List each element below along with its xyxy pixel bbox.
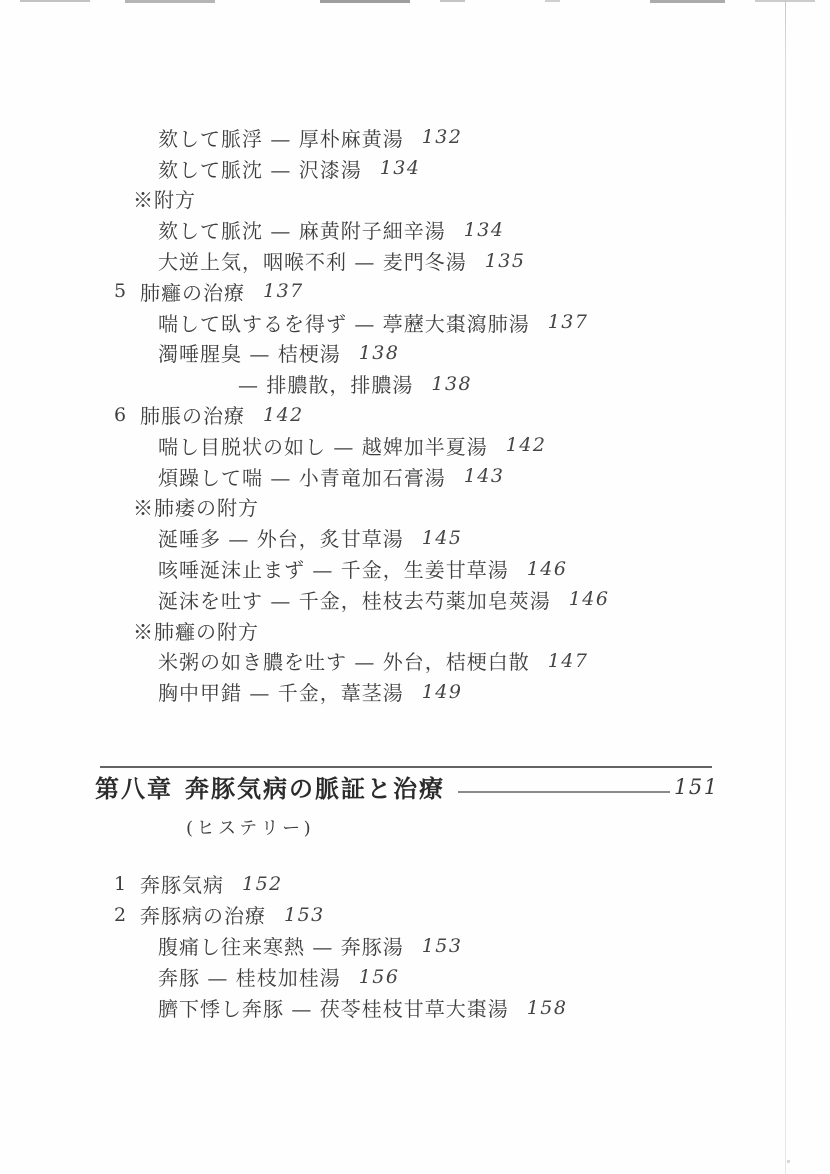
- entry-text: 欬して脈沈 — 麻黄附子細辛湯: [158, 215, 446, 244]
- entry-page-number: 138: [359, 342, 400, 364]
- entry-text: — 排膿散，排膿湯: [238, 369, 413, 398]
- entry-page-number: 153: [422, 935, 463, 957]
- toc-entry: 5肺癰の治療137: [0, 276, 790, 307]
- section-number: 1: [114, 873, 127, 895]
- scan-artifact-dot: [787, 1160, 790, 1163]
- section-number: 6: [114, 404, 127, 426]
- toc-entry: 腹痛し往来寒熱 — 奔豚湯153: [0, 930, 790, 961]
- chapter-heading: 第八章 奔豚気病の脈証と治療: [95, 771, 445, 801]
- entry-page-number: 147: [548, 650, 589, 672]
- entry-page-number: 143: [464, 465, 505, 487]
- entry-page-number: 145: [422, 527, 463, 549]
- entry-text: 奔豚気病: [140, 869, 224, 898]
- toc-list-chapter8: 1奔豚気病1522奔豚病の治療153腹痛し往来寒熱 — 奔豚湯153奔豚 — 桂…: [0, 868, 790, 1023]
- entry-text: 煩躁して喘 — 小青竜加石膏湯: [158, 462, 446, 491]
- entry-text: 臍下悸し奔豚 — 茯苓桂枝甘草大棗湯: [158, 993, 509, 1022]
- entry-page-number: 134: [464, 219, 505, 241]
- toc-entry: 胸中甲錯 — 千金，葦茎湯149: [0, 676, 790, 707]
- scan-artifact-top: [20, 0, 90, 2]
- entry-text: 大逆上気，咽喉不利 — 麦門冬湯: [158, 246, 467, 275]
- scan-artifact-top: [440, 0, 465, 2]
- entry-text: 喘し目脱状の如し — 越婢加半夏湯: [158, 431, 488, 460]
- entry-text: 欬して脈沈 — 沢漆湯: [158, 154, 362, 183]
- entry-text: 米粥の如き膿を吐す — 外台，桔梗白散: [158, 646, 530, 675]
- entry-text: ※附方: [133, 184, 196, 213]
- toc-entry: — 排膿散，排膿湯138: [0, 368, 790, 399]
- entry-text: ※肺癰の附方: [133, 616, 259, 645]
- section-number: 5: [114, 280, 127, 302]
- toc-entry: 欬して脈沈 — 麻黄附子細辛湯134: [0, 214, 790, 245]
- book-page: 欬して脈浮 — 厚朴麻黄湯132欬して脈沈 — 沢漆湯134※附方欬して脈沈 —…: [0, 0, 830, 1174]
- entry-page-number: 152: [242, 873, 283, 895]
- entry-page-number: 135: [485, 250, 526, 272]
- entry-page-number: 146: [527, 558, 568, 580]
- chapter-page-number: 151: [674, 775, 719, 799]
- chapter-leader-line: [458, 791, 670, 793]
- toc-entry: 欬して脈浮 — 厚朴麻黄湯132: [0, 122, 790, 153]
- entry-text: 奔豚 — 桂枝加桂湯: [158, 962, 341, 991]
- entry-page-number: 134: [380, 157, 421, 179]
- toc-entry: 咳唾涎沫止まず — 千金，生姜甘草湯146: [0, 553, 790, 584]
- entry-text: 欬して脈浮 — 厚朴麻黄湯: [158, 123, 404, 152]
- entry-text: 涎唾多 — 外台，炙甘草湯: [158, 523, 404, 552]
- entry-text: 濁唾腥臭 — 桔梗湯: [158, 338, 341, 367]
- toc-entry: 喘して臥するを得ず — 葶藶大棗瀉肺湯137: [0, 307, 790, 338]
- toc-list-chapter7: 欬して脈浮 — 厚朴麻黄湯132欬して脈沈 — 沢漆湯134※附方欬して脈沈 —…: [0, 122, 790, 707]
- scan-artifact-top: [320, 0, 410, 3]
- toc-entry: 2奔豚病の治療153: [0, 899, 790, 930]
- scan-artifact-top: [125, 0, 215, 3]
- toc-entry: 臍下悸し奔豚 — 茯苓桂枝甘草大棗湯158: [0, 992, 790, 1023]
- entry-text: ※肺痿の附方: [133, 492, 259, 521]
- entry-text: 喘して臥するを得ず — 葶藶大棗瀉肺湯: [158, 308, 530, 337]
- entry-text: 肺癰の治療: [140, 277, 245, 306]
- toc-entry: 濁唾腥臭 — 桔梗湯138: [0, 338, 790, 369]
- entry-page-number: 142: [263, 404, 304, 426]
- entry-page-number: 146: [569, 588, 610, 610]
- toc-entry: 煩躁して喘 — 小青竜加石膏湯143: [0, 461, 790, 492]
- entry-page-number: 137: [263, 280, 304, 302]
- toc-entry: 米粥の如き膿を吐す — 外台，桔梗白散147: [0, 646, 790, 677]
- entry-page-number: 132: [422, 126, 463, 148]
- chapter-number-label: 第八章: [95, 769, 173, 804]
- toc-entry: 1奔豚気病152: [0, 868, 790, 899]
- entry-text: 胸中甲錯 — 千金，葦茎湯: [158, 677, 404, 706]
- toc-entry: 6肺脹の治療142: [0, 399, 790, 430]
- chapter-title: 奔豚気病の脈証と治療: [185, 769, 445, 804]
- scan-artifact-top: [650, 0, 725, 3]
- toc-entry: 欬して脈沈 — 沢漆湯134: [0, 153, 790, 184]
- toc-entry: ※肺痿の附方: [0, 492, 790, 523]
- entry-text: 咳唾涎沫止まず — 千金，生姜甘草湯: [158, 554, 509, 583]
- section-number: 2: [114, 904, 127, 926]
- entry-text: 肺脹の治療: [140, 400, 245, 429]
- entry-page-number: 138: [431, 373, 472, 395]
- scan-artifact-top: [545, 0, 560, 2]
- entry-text: 奔豚病の治療: [140, 900, 266, 929]
- toc-entry: ※附方: [0, 184, 790, 215]
- entry-text: 涎沫を吐す — 千金，桂枝去芍薬加皂莢湯: [158, 585, 551, 614]
- entry-page-number: 149: [422, 681, 463, 703]
- entry-page-number: 137: [548, 311, 589, 333]
- chapter-subtitle: (ヒステリー): [186, 814, 314, 840]
- toc-entry: 大逆上気，咽喉不利 — 麦門冬湯135: [0, 245, 790, 276]
- toc-entry: ※肺癰の附方: [0, 615, 790, 646]
- toc-entry: 喘し目脱状の如し — 越婢加半夏湯142: [0, 430, 790, 461]
- toc-entry: 奔豚 — 桂枝加桂湯156: [0, 961, 790, 992]
- entry-page-number: 153: [284, 904, 325, 926]
- toc-entry: 涎唾多 — 外台，炙甘草湯145: [0, 522, 790, 553]
- entry-page-number: 156: [359, 966, 400, 988]
- entry-page-number: 142: [506, 434, 547, 456]
- toc-entry: 涎沫を吐す — 千金，桂枝去芍薬加皂莢湯146: [0, 584, 790, 615]
- entry-page-number: 158: [527, 997, 568, 1019]
- entry-text: 腹痛し往来寒熱 — 奔豚湯: [158, 931, 404, 960]
